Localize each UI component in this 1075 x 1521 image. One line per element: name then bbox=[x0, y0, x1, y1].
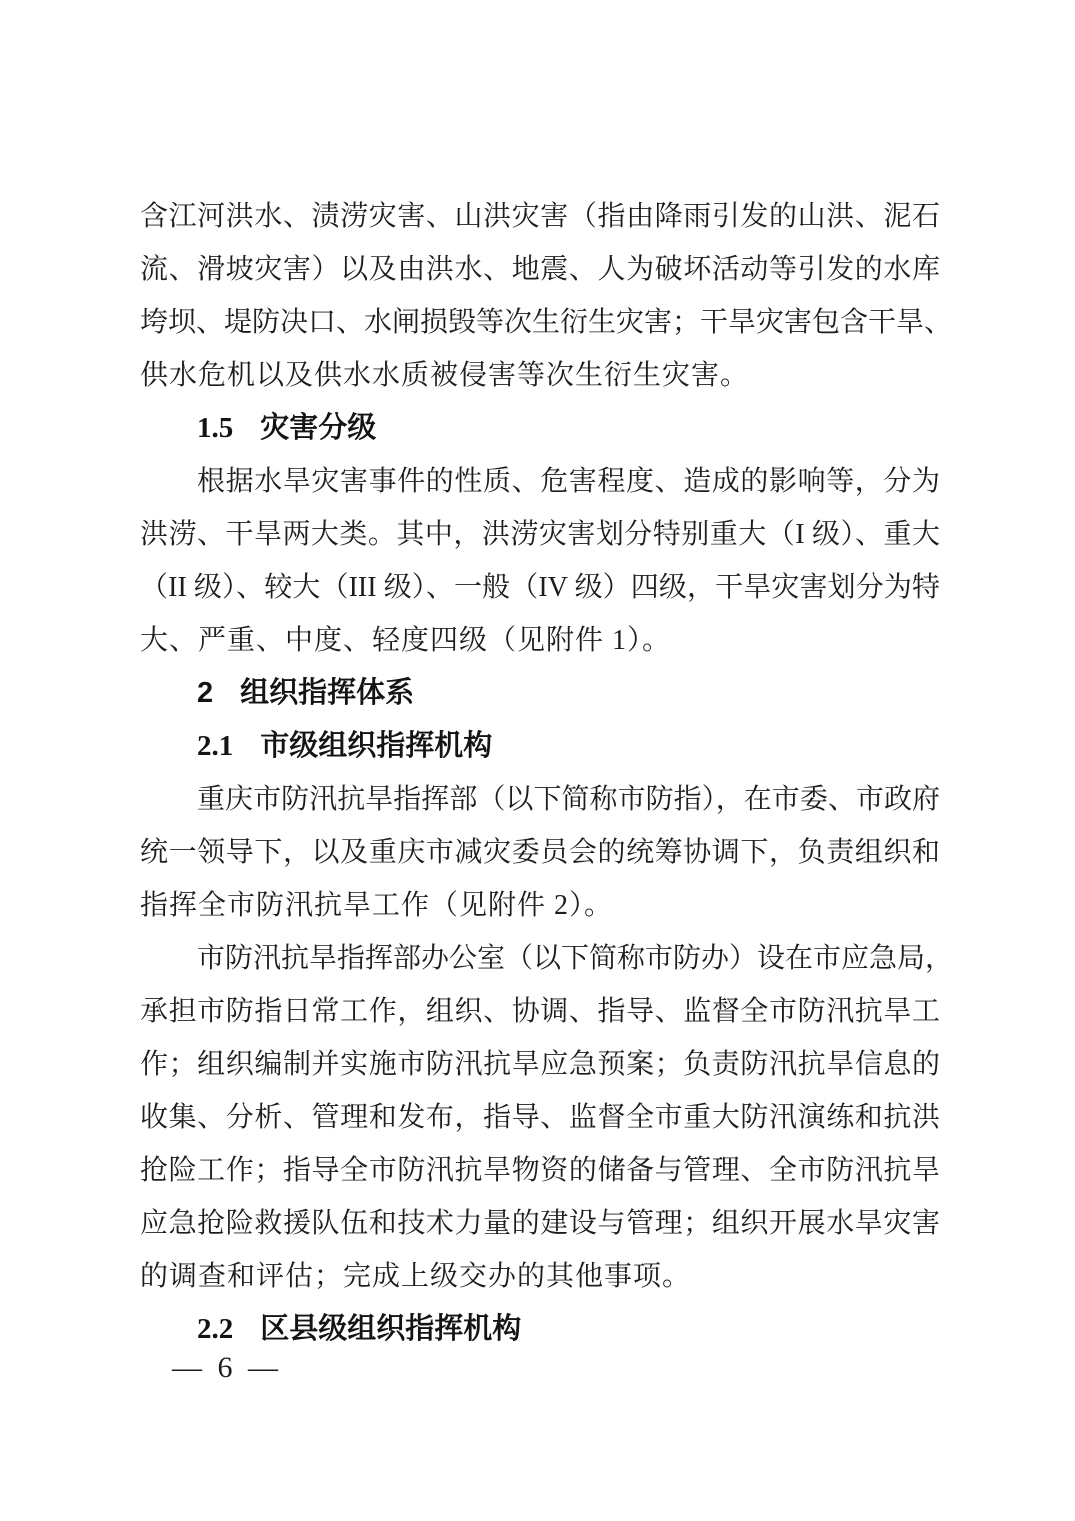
paragraph-disaster-grading: 根据水旱灾害事件的性质、危害程度、造成的影响等，分为 洪涝、干旱两大类。其中，洪… bbox=[140, 455, 940, 667]
text-line: 含江河洪水、渍涝灾害、山洪灾害（指由降雨引发的山洪、泥石 bbox=[140, 190, 940, 243]
heading-number: 2.1 bbox=[197, 730, 233, 762]
text-line: 洪涝、干旱两大类。其中，洪涝灾害划分特别重大（I 级）、重大 bbox=[140, 508, 940, 561]
heading-number: 1.5 bbox=[197, 412, 233, 444]
heading-title: 组织指挥体系 bbox=[240, 677, 414, 709]
text-line: 作；组织编制并实施市防汛抗旱应急预案；负责防汛抗旱信息的 bbox=[140, 1038, 940, 1091]
text-line: 收集、分析、管理和发布，指导、监督全市重大防汛演练和抗洪 bbox=[140, 1091, 940, 1144]
heading-title: 区县级组织指挥机构 bbox=[260, 1313, 521, 1345]
heading-2-1-city-level: 2.1市级组织指挥机构 bbox=[140, 720, 940, 773]
text-line: 垮坝、堤防决口、水闸损毁等次生衍生灾害；干旱灾害包含干旱、 bbox=[140, 296, 940, 349]
text-line: （II 级）、较大（III 级）、一般（IV 级）四级，干旱灾害划分为特 bbox=[140, 561, 940, 614]
text-line: 市防汛抗旱指挥部办公室（以下简称市防办）设在市应急局， bbox=[140, 932, 940, 985]
paragraph-city-office-duties: 市防汛抗旱指挥部办公室（以下简称市防办）设在市应急局， 承担市防指日常工作，组织… bbox=[140, 932, 940, 1303]
text-line: 大、严重、中度、轻度四级（见附件 1）。 bbox=[140, 614, 940, 667]
text-line: 供水危机以及供水水质被侵害等次生衍生灾害。 bbox=[140, 349, 940, 402]
text-line: 根据水旱灾害事件的性质、危害程度、造成的影响等，分为 bbox=[140, 455, 940, 508]
heading-title: 灾害分级 bbox=[260, 412, 376, 444]
document-page: 含江河洪水、渍涝灾害、山洪灾害（指由降雨引发的山洪、泥石 流、滑坡灾害）以及由洪… bbox=[0, 0, 1075, 1521]
paragraph-disaster-scope: 含江河洪水、渍涝灾害、山洪灾害（指由降雨引发的山洪、泥石 流、滑坡灾害）以及由洪… bbox=[140, 190, 940, 402]
page-number: — 6 — bbox=[172, 1341, 282, 1394]
heading-title: 市级组织指挥机构 bbox=[260, 730, 492, 762]
text-line: 流、滑坡灾害）以及由洪水、地震、人为破坏活动等引发的水库 bbox=[140, 243, 940, 296]
heading-number: 2 bbox=[197, 677, 213, 709]
text-line: 抢险工作；指导全市防汛抗旱物资的储备与管理、全市防汛抗旱 bbox=[140, 1144, 940, 1197]
text-line: 重庆市防汛抗旱指挥部（以下简称市防指），在市委、市政府 bbox=[140, 773, 940, 826]
text-line: 应急抢险救援队伍和技术力量的建设与管理；组织开展水旱灾害 bbox=[140, 1197, 940, 1250]
heading-1-5-disaster-grading: 1.5灾害分级 bbox=[140, 402, 940, 455]
document-content: 含江河洪水、渍涝灾害、山洪灾害（指由降雨引发的山洪、泥石 流、滑坡灾害）以及由洪… bbox=[140, 190, 940, 1356]
heading-2-command-system: 2组织指挥体系 bbox=[140, 667, 940, 720]
text-line: 统一领导下，以及重庆市减灾委员会的统筹协调下，负责组织和 bbox=[140, 826, 940, 879]
text-line: 的调查和评估；完成上级交办的其他事项。 bbox=[140, 1250, 940, 1303]
paragraph-city-command: 重庆市防汛抗旱指挥部（以下简称市防指），在市委、市政府 统一领导下，以及重庆市减… bbox=[140, 773, 940, 932]
text-line: 承担市防指日常工作，组织、协调、指导、监督全市防汛抗旱工 bbox=[140, 985, 940, 1038]
text-line: 指挥全市防汛抗旱工作（见附件 2）。 bbox=[140, 879, 940, 932]
